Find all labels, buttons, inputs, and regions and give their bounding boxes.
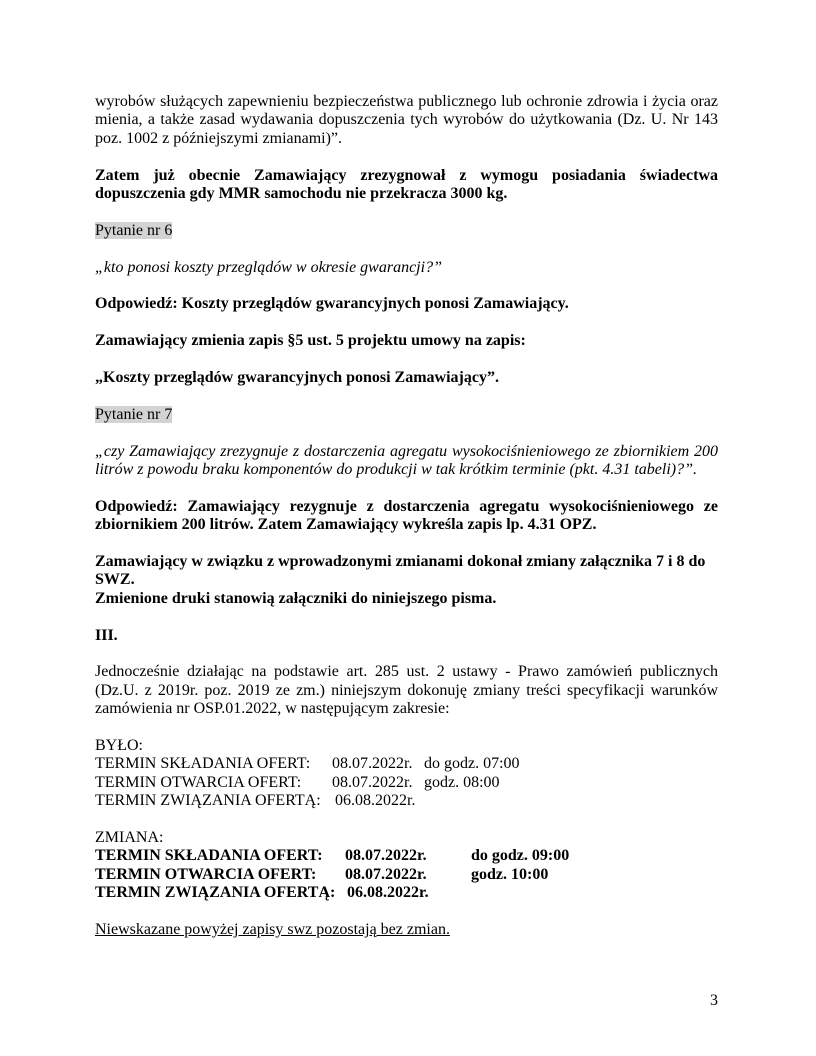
question-6-label: Pytanie nr 6: [95, 222, 718, 240]
question-6-text: „kto ponosi koszty przeglądów w okresie …: [95, 259, 718, 277]
question-6-answer: Odpowiedź: Koszty przeglądów gwarancyjny…: [95, 295, 718, 313]
before-row: TERMIN SKŁADANIA OFERT: 08.07.2022r. do …: [95, 755, 718, 773]
conclusion-paragraph: Zatem już obecnie Zamawiający zrezygnowa…: [95, 167, 718, 204]
after-row: TERMIN SKŁADANIA OFERT: 08.07.2022r. do …: [95, 847, 718, 865]
after-row: TERMIN ZWIĄZANIA OFERTĄ: 06.08.2022r.: [95, 884, 718, 902]
question-7-label: Pytanie nr 7: [95, 406, 718, 424]
page-number: 3: [710, 992, 718, 1010]
attachments-note: Zamawiający w związku z wprowadzonymi zm…: [95, 553, 718, 590]
question-7-text: „czy Zamawiający zrezygnuje z dostarczen…: [95, 443, 718, 480]
question-6-change-text: „Koszty przeglądów gwarancyjnych ponosi …: [95, 369, 718, 387]
closing-note: Niewskazane powyżej zapisy swz pozostają…: [95, 921, 718, 939]
question-6-change-intro: Zamawiający zmienia zapis §5 ust. 5 proj…: [95, 332, 718, 350]
after-row: TERMIN OTWARCIA OFERT: 08.07.2022r. godz…: [95, 866, 718, 884]
after-label: ZMIANA:: [95, 829, 718, 847]
before-row: TERMIN ZWIĄZANIA OFERTĄ: 06.08.2022r.: [95, 792, 718, 810]
document-page: wyrobów służących zapewnieniu bezpieczeń…: [95, 93, 718, 939]
continuation-paragraph: wyrobów służących zapewnieniu bezpieczeń…: [95, 93, 718, 148]
question-7-answer: Odpowiedź: Zamawiający rezygnuje z dosta…: [95, 498, 718, 535]
section-3-heading: III.: [95, 627, 718, 645]
before-row: TERMIN OTWARCIA OFERT: 08.07.2022r. godz…: [95, 774, 718, 792]
section-3-intro: Jednocześnie działając na podstawie art.…: [95, 663, 718, 718]
before-label: BYŁO:: [95, 737, 718, 755]
attachments-note-2: Zmienione druki stanowią załączniki do n…: [95, 590, 718, 608]
